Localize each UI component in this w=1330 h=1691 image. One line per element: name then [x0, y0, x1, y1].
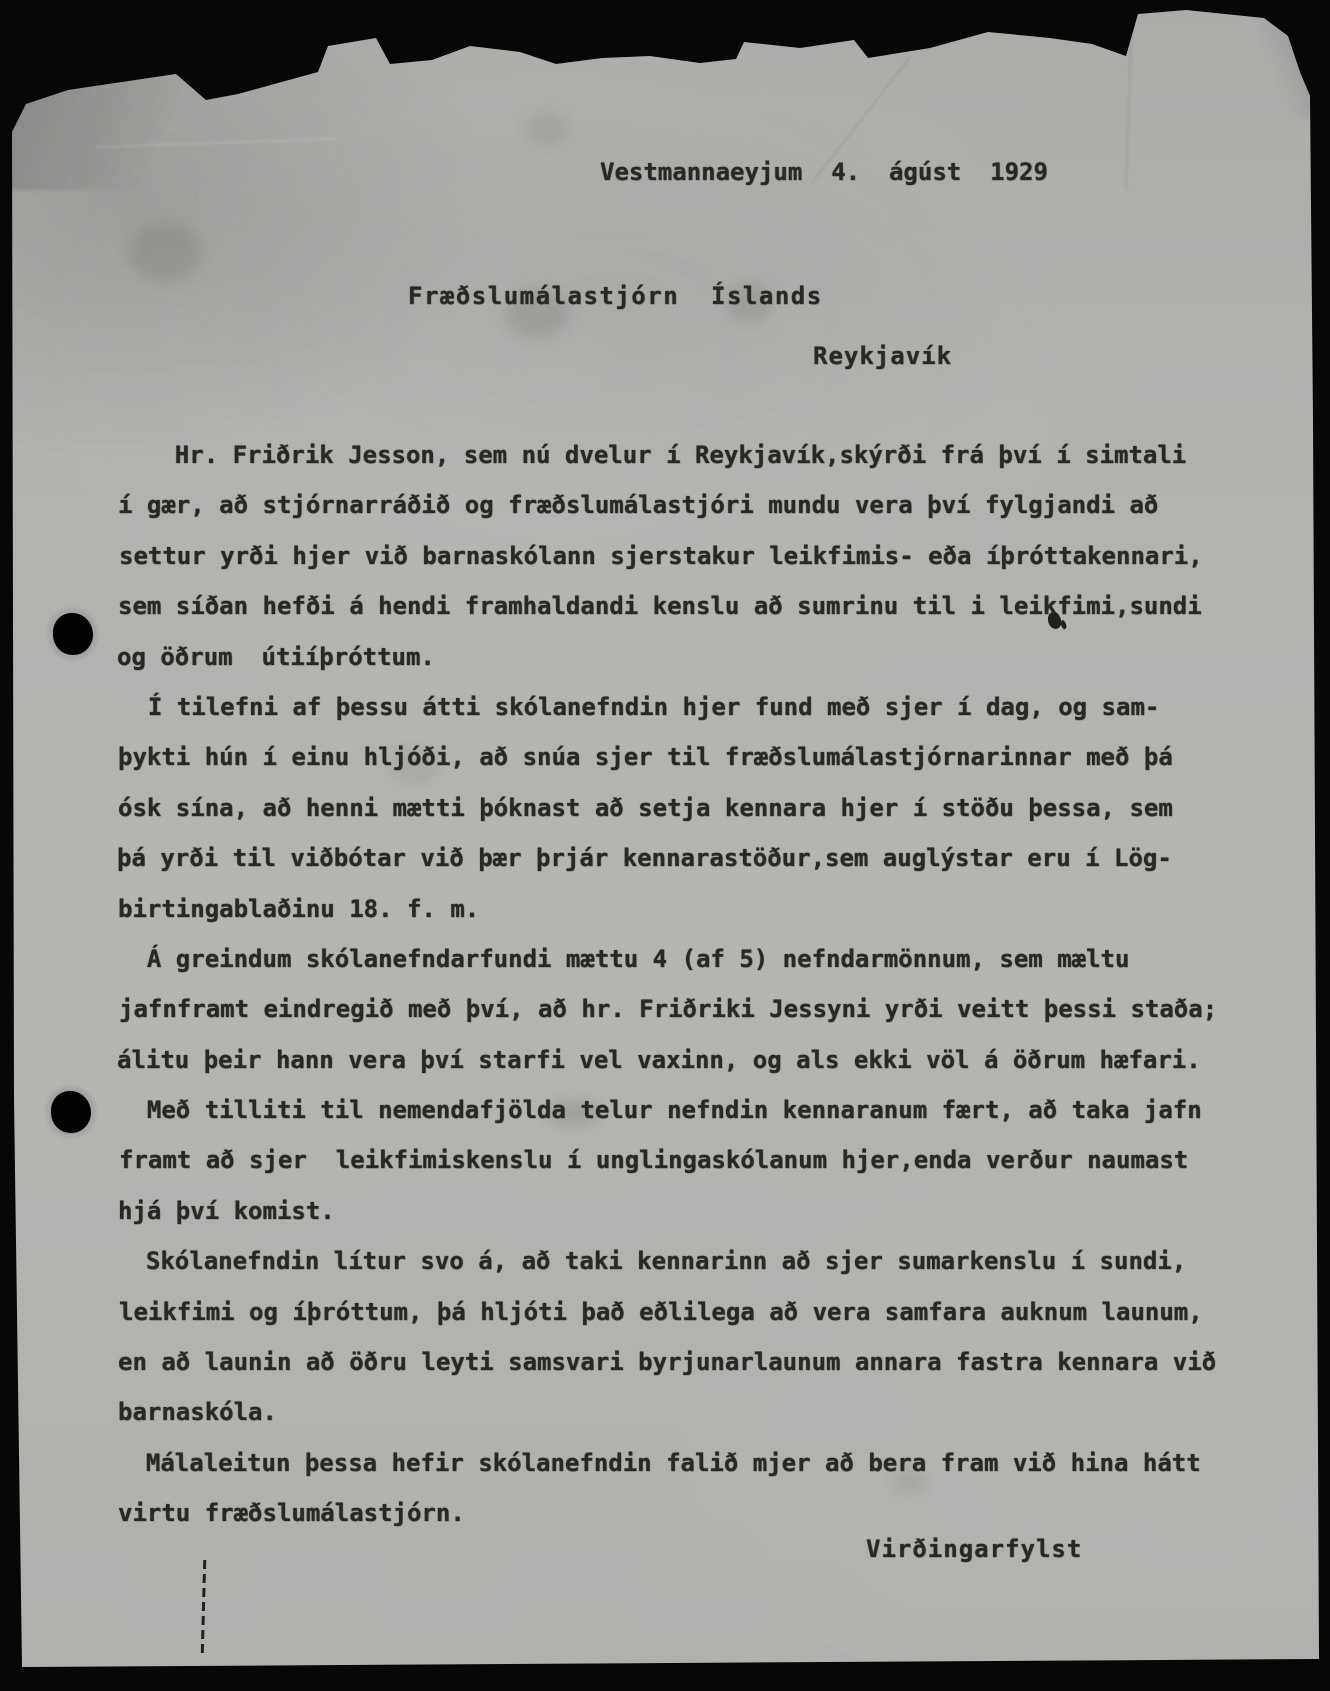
closing-salutation: Virðingarfylst: [866, 1535, 1082, 1563]
letter-line: í gær, að stjórnarráðið og fræðslumálast…: [118, 480, 1278, 530]
pen-streak: [201, 1560, 206, 1654]
letter-line: en að launin að öðru leyti samsvari byrj…: [118, 1337, 1278, 1387]
punch-hole-bottom: [51, 1091, 91, 1133]
letter-line: álitu þeir hann vera því starfi vel vaxi…: [117, 1035, 1277, 1085]
paper-crease: [1125, 10, 1133, 190]
paper-corner-fold-right: [1255, 8, 1325, 118]
letter-line: leikfimi og íþróttum, þá hljóti það eðli…: [119, 1287, 1279, 1337]
letter-line: sem síðan hefði á hendi framhaldandi ken…: [118, 581, 1278, 631]
letter-body: Hr. Friðrik Jesson, sem nú dvelur í Reyk…: [118, 430, 1278, 1539]
recipient-city: Reykjavík: [813, 342, 952, 370]
letter-page: Vestmannaeyjum 4. ágúst 1929 Fræðslumála…: [0, 0, 1330, 1691]
letter-line: framt að sjer leikfimiskenslu í unglinga…: [119, 1135, 1279, 1185]
letter-line: settur yrði hjer við barnaskólann sjerst…: [119, 531, 1279, 581]
dateline: Vestmannaeyjum 4. ágúst 1929: [600, 158, 1048, 186]
letter-line: Í tilefni af þessu átti skólanefndin hje…: [119, 682, 1279, 732]
recipient-line: Fræðslumálastjórn Íslands: [408, 282, 823, 310]
letter-line: hjá því komist.: [118, 1186, 1278, 1236]
ink-fleck: [304, 64, 309, 69]
letter-line: barnaskóla.: [118, 1387, 1278, 1437]
letter-line: virtu fræðslumálastjórn.: [118, 1488, 1278, 1538]
letter-line: Með tilliti til nemendafjölda telur nefn…: [118, 1085, 1278, 1135]
letter-line: birtingablaðinu 18. f. m.: [118, 884, 1278, 934]
ink-fleck: [291, 48, 298, 62]
letter-line: Hr. Friðrik Jesson, sem nú dvelur í Reyk…: [117, 430, 1277, 480]
scanned-letter-screenshot: Vestmannaeyjum 4. ágúst 1929 Fræðslumála…: [0, 0, 1330, 1691]
letter-line: Á greindum skólanefndarfundi mættu 4 (af…: [118, 934, 1278, 984]
letter-line: Skólanefndin lítur svo á, að taki kennar…: [117, 1236, 1277, 1286]
letter-line: jafnframt eindregið með því, að hr. Frið…: [119, 984, 1279, 1034]
letter-line: Málaleitun þessa hefir skólanefndin fali…: [117, 1438, 1277, 1488]
letter-line: og öðrum útiíþróttum.: [117, 632, 1277, 682]
paper-stain: [128, 222, 202, 282]
paper-stain: [525, 112, 569, 146]
punch-hole-top: [53, 613, 93, 655]
letter-line: þá yrði til viðbótar við þær þrjár kenna…: [117, 833, 1277, 883]
paper-corner-fold-left: [8, 60, 223, 190]
letter-line: ósk sína, að henni mætti þóknast að setj…: [118, 783, 1278, 833]
letter-line: þykti hún í einu hljóði, að snúa sjer ti…: [118, 732, 1278, 782]
